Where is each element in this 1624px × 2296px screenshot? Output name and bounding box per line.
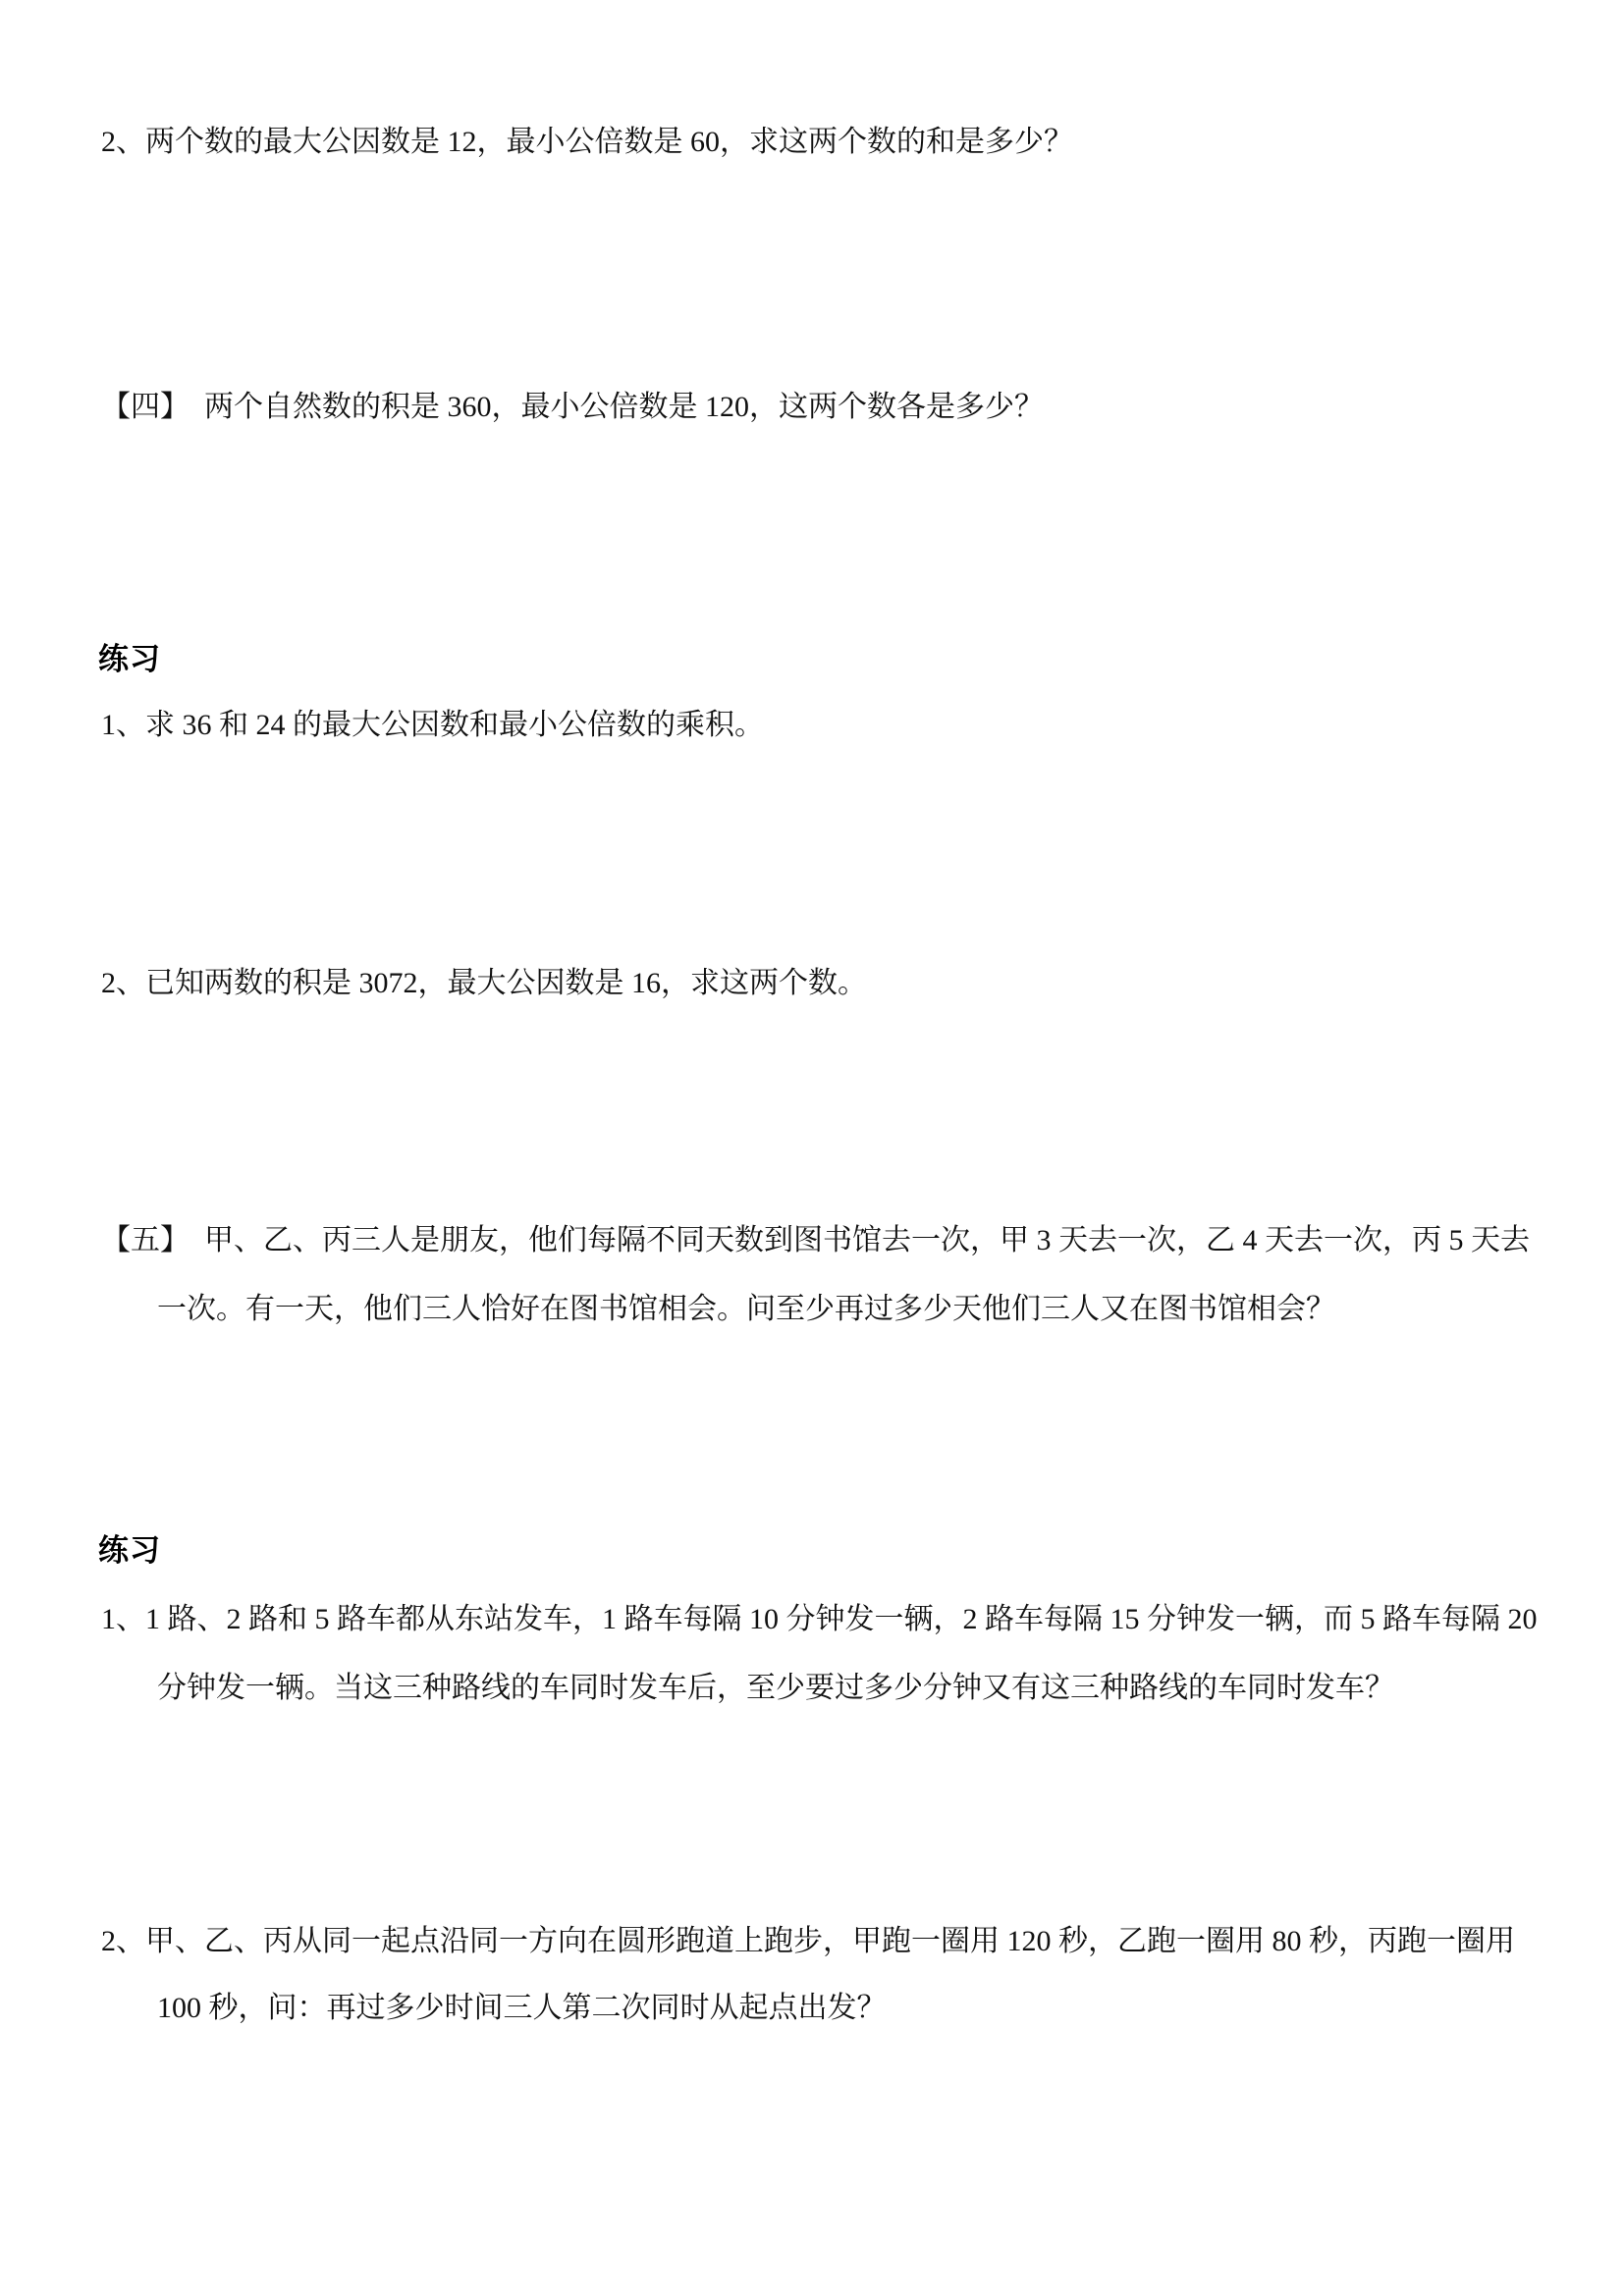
practice2-item-1-line-2: 分钟发一辆。当这三种路线的车同时发车后，至少要过多少分钟又有这三种路线的车同时发…: [157, 1670, 1394, 1707]
problem-five-line-1: 【五】 甲、乙、丙三人是朋友，他们每隔不同天数到图书馆去一次，甲 3 天去一次，…: [101, 1222, 1530, 1259]
practice2-item-2-line-1: 2、甲、乙、丙从同一起点沿同一方向在圆形跑道上跑步，甲跑一圈用 120 秒，乙跑…: [101, 1923, 1515, 1960]
practice2-item-2-line-2: 100 秒，问：再过多少时间三人第二次同时从起点出发？: [157, 1990, 887, 2027]
practice1-item-1: 1、求 36 和 24 的最大公因数和最小公倍数的乘积。: [101, 707, 764, 744]
practice2-item-1-line-1: 1、1 路、2 路和 5 路车都从东站发车，1 路车每隔 10 分钟发一辆，2 …: [101, 1601, 1538, 1638]
problem-2-text: 2、两个数的最大公因数是 12，最小公倍数是 60，求这两个数的和是多少？: [101, 124, 1073, 161]
practice-heading-1: 练习: [98, 641, 161, 678]
problem-five-line-2: 一次。有一天，他们三人恰好在图书馆相会。问至少再过多少天他们三人又在图书馆相会？: [157, 1291, 1335, 1328]
worksheet-page: 2、两个数的最大公因数是 12，最小公倍数是 60，求这两个数的和是多少？ 【四…: [0, 0, 1624, 2296]
practice-heading-2: 练习: [98, 1532, 161, 1570]
practice1-item-2: 2、已知两数的积是 3072，最大公因数是 16，求这两个数。: [101, 965, 867, 1002]
problem-four-text: 【四】 两个自然数的积是 360，最小公倍数是 120，这两个数各是多少？: [101, 389, 1044, 426]
